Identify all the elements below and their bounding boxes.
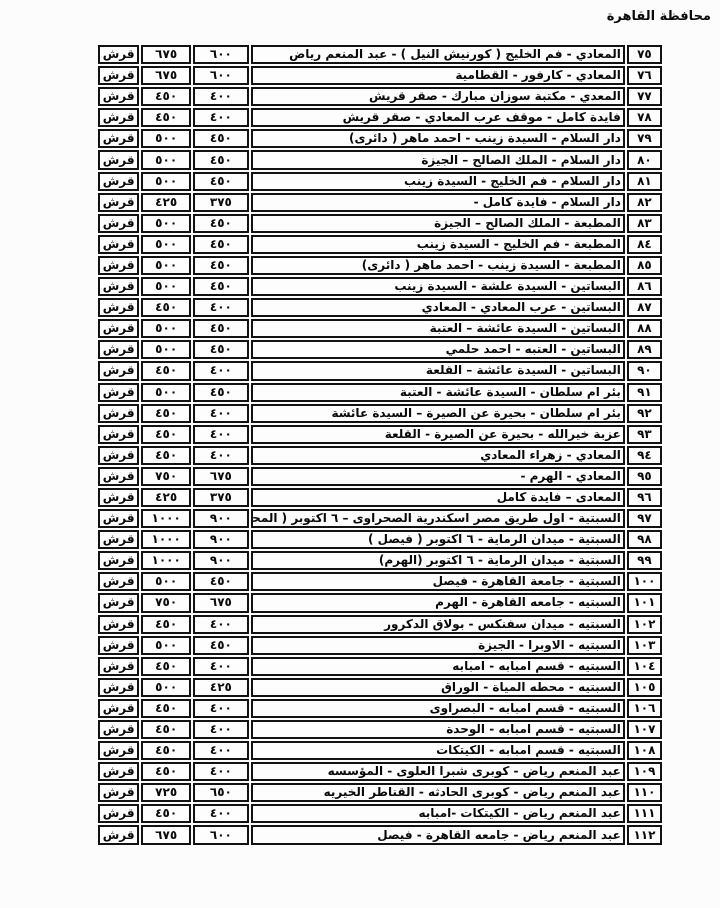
- row-number-cell: ٨٨: [627, 319, 662, 338]
- fare-unit-cell: قرش: [98, 783, 139, 802]
- row-number-cell: ٩٤: [627, 446, 662, 465]
- fare-max-cell: ٧٥٠: [141, 467, 191, 486]
- fare-max-cell: ٤٥٠: [141, 404, 191, 423]
- fare-max-cell: ١٠٠٠: [141, 551, 191, 570]
- fare-min-cell: ٤٠٠: [193, 108, 249, 127]
- fare-unit-cell: قرش: [98, 383, 139, 402]
- table-row: ١٠٩عبد المنعم رياض - كوبرى شبرا العلوى -…: [98, 762, 662, 781]
- fare-unit-cell: قرش: [98, 741, 139, 760]
- fare-unit-cell: قرش: [98, 804, 139, 823]
- table-row: ٩١بئر ام سلطان - السيدة عائشة - العتبة٤٥…: [98, 383, 662, 402]
- table-row: ١٠٧السبتيه - قسم امبابه - الوحدة٤٠٠٤٥٠قر…: [98, 720, 662, 739]
- route-cell: بئر ام سلطان - بحيرة عن الصيرة – السيدة …: [251, 404, 625, 423]
- row-number-cell: ١١١: [627, 804, 662, 823]
- fare-unit-cell: قرش: [98, 150, 139, 169]
- row-number-cell: ٧٩: [627, 129, 662, 148]
- fare-unit-cell: قرش: [98, 488, 139, 507]
- fare-max-cell: ٤٥٠: [141, 615, 191, 634]
- route-cell: السبتيه - جامعه القاهرة - الهرم: [251, 593, 625, 612]
- fare-min-cell: ٤٥٠: [193, 319, 249, 338]
- route-cell: المعادي - زهراء المعادي: [251, 446, 625, 465]
- fare-max-cell: ٥٠٠: [141, 172, 191, 191]
- fare-unit-cell: قرش: [98, 404, 139, 423]
- fare-min-cell: ٩٠٠: [193, 509, 249, 528]
- row-number-cell: ٩٣: [627, 425, 662, 444]
- table-row: ٨٩البساتين - العتبه - احمد حلمي٤٥٠٥٠٠قرش: [98, 340, 662, 359]
- fare-min-cell: ٤٠٠: [193, 699, 249, 718]
- route-cell: عبد المنعم رياض - كوبرى الحادثه - القناط…: [251, 783, 625, 802]
- route-cell: السبتية - اول طريق مصر اسكندرية الصحراوى…: [251, 509, 625, 528]
- fare-unit-cell: قرش: [98, 425, 139, 444]
- fare-min-cell: ٤٢٥: [193, 678, 249, 697]
- fare-unit-cell: قرش: [98, 214, 139, 233]
- route-cell: عبد المنعم رياض - كوبرى شبرا العلوى - ال…: [251, 762, 625, 781]
- route-cell: السبتية - ميدان الرماية - ٦ اكتوبر (الهر…: [251, 551, 625, 570]
- row-number-cell: ٨١: [627, 172, 662, 191]
- row-number-cell: ٧٧: [627, 87, 662, 106]
- route-cell: عبد المنعم رياض - الكيتكات -امبابه: [251, 804, 625, 823]
- row-number-cell: ١٠٢: [627, 615, 662, 634]
- fare-min-cell: ٤٠٠: [193, 361, 249, 380]
- fare-unit-cell: قرش: [98, 277, 139, 296]
- fare-min-cell: ٤٠٠: [193, 657, 249, 676]
- fare-max-cell: ٤٥٠: [141, 361, 191, 380]
- route-cell: السبتيه - قسم امبابه - البصراوى: [251, 699, 625, 718]
- fare-min-cell: ٤٥٠: [193, 235, 249, 254]
- table-row: ٨٥المطبعة - السيدة زينب - احمد ماهر ( دا…: [98, 256, 662, 275]
- table-row: ١٠١السبتيه - جامعه القاهرة - الهرم٦٧٥٧٥٠…: [98, 593, 662, 612]
- route-cell: دار السلام - فايدة كامل -: [251, 193, 625, 212]
- route-cell: فايدة كامل - موقف عرب المعادي - صقر قريش: [251, 108, 625, 127]
- fare-unit-cell: قرش: [98, 615, 139, 634]
- fare-unit-cell: قرش: [98, 87, 139, 106]
- row-number-cell: ٧٥: [627, 45, 662, 64]
- fare-min-cell: ٤٥٠: [193, 383, 249, 402]
- route-cell: البساتين - عرب المعادي - المعادي: [251, 298, 625, 317]
- table-row: ٩٣عزبة خيرالله - بحيرة عن الصيرة - القلع…: [98, 425, 662, 444]
- fare-max-cell: ٤٥٠: [141, 298, 191, 317]
- route-cell: السبتيه - محطه المياة - الوراق: [251, 678, 625, 697]
- fare-table-body: ٧٥المعادي - فم الخليج ( كورنيش النيل ) -…: [98, 45, 662, 845]
- table-row: ٨٣المطبعة - الملك الصالح – الجيزة٤٥٠٥٠٠ق…: [98, 214, 662, 233]
- fare-unit-cell: قرش: [98, 467, 139, 486]
- table-row: ٨١دار السلام - فم الخليج - السيدة زينب٤٥…: [98, 172, 662, 191]
- route-cell: المعدي - مكتبة سوزان مبارك - صقر قريش: [251, 87, 625, 106]
- table-row: ١١٢عبد المنعم رياض - جامعه القاهرة - فيص…: [98, 825, 662, 844]
- fare-max-cell: ٤٥٠: [141, 87, 191, 106]
- fare-max-cell: ٦٧٥: [141, 825, 191, 844]
- fare-min-cell: ٣٧٥: [193, 488, 249, 507]
- table-row: ٩٦المعادى – فايدة كامل٣٧٥٤٢٥قرش: [98, 488, 662, 507]
- fare-min-cell: ٤٥٠: [193, 277, 249, 296]
- route-cell: المطبعة - فم الخليج - السيدة زينب: [251, 235, 625, 254]
- fare-min-cell: ٤٥٠: [193, 214, 249, 233]
- fare-unit-cell: قرش: [98, 193, 139, 212]
- fare-min-cell: ٤٠٠: [193, 404, 249, 423]
- row-number-cell: ٨٢: [627, 193, 662, 212]
- fare-min-cell: ٤٥٠: [193, 340, 249, 359]
- fare-unit-cell: قرش: [98, 361, 139, 380]
- table-row: ١٠٣السبتيه - الاوبرا - الجيزة٤٥٠٥٠٠قرش: [98, 636, 662, 655]
- table-row: ٧٥المعادي - فم الخليج ( كورنيش النيل ) -…: [98, 45, 662, 64]
- row-number-cell: ١٠٨: [627, 741, 662, 760]
- route-cell: السبتيه - قسم امبابه - الكيتكات: [251, 741, 625, 760]
- fare-max-cell: ٤٥٠: [141, 804, 191, 823]
- route-cell: دار السلام - الملك الصالح – الجيزة: [251, 150, 625, 169]
- fare-unit-cell: قرش: [98, 45, 139, 64]
- fare-unit-cell: قرش: [98, 572, 139, 591]
- table-row: ٧٩دار السلام - السيدة زينب - احمد ماهر (…: [98, 129, 662, 148]
- fare-unit-cell: قرش: [98, 657, 139, 676]
- document-page: محافظة القاهرة ٧٥المعادي - فم الخليج ( ك…: [0, 0, 720, 908]
- fare-min-cell: ٤٥٠: [193, 636, 249, 655]
- row-number-cell: ٨٩: [627, 340, 662, 359]
- table-row: ٩٤المعادي - زهراء المعادي٤٠٠٤٥٠قرش: [98, 446, 662, 465]
- row-number-cell: ١١٢: [627, 825, 662, 844]
- fare-min-cell: ٤٥٠: [193, 572, 249, 591]
- table-row: ٧٨فايدة كامل - موقف عرب المعادي - صقر قر…: [98, 108, 662, 127]
- fare-table-container: ٧٥المعادي - فم الخليج ( كورنيش النيل ) -…: [96, 43, 664, 847]
- fare-max-cell: ٤٥٠: [141, 108, 191, 127]
- fare-max-cell: ٤٥٠: [141, 425, 191, 444]
- fare-max-cell: ١٠٠٠: [141, 530, 191, 549]
- fare-min-cell: ٦٧٥: [193, 593, 249, 612]
- fare-min-cell: ٩٠٠: [193, 530, 249, 549]
- route-cell: بئر ام سلطان - السيدة عائشة - العتبة: [251, 383, 625, 402]
- table-row: ٨٦البساتين - السيدة علشة - السيدة زينب٤٥…: [98, 277, 662, 296]
- route-cell: السبتيه - قسم امبابه - الوحدة: [251, 720, 625, 739]
- fare-unit-cell: قرش: [98, 446, 139, 465]
- row-number-cell: ١٠٥: [627, 678, 662, 697]
- row-number-cell: ٩٢: [627, 404, 662, 423]
- fare-min-cell: ٤٥٠: [193, 256, 249, 275]
- fare-max-cell: ٤٥٠: [141, 741, 191, 760]
- fare-min-cell: ٤٥٠: [193, 129, 249, 148]
- row-number-cell: ١٠٤: [627, 657, 662, 676]
- fare-max-cell: ٥٠٠: [141, 150, 191, 169]
- fare-max-cell: ٥٠٠: [141, 129, 191, 148]
- table-row: ٩٨السبتية - ميدان الرماية - ٦ اكتوبر ( ف…: [98, 530, 662, 549]
- fare-min-cell: ٦٠٠: [193, 66, 249, 85]
- fare-unit-cell: قرش: [98, 298, 139, 317]
- fare-unit-cell: قرش: [98, 636, 139, 655]
- route-cell: المطبعة - السيدة زينب - احمد ماهر ( دائر…: [251, 256, 625, 275]
- table-row: ٩٧السبتية - اول طريق مصر اسكندرية الصحرا…: [98, 509, 662, 528]
- route-cell: السبتية - جامعة القاهرة - فيصل: [251, 572, 625, 591]
- route-cell: عبد المنعم رياض - جامعه القاهرة - فيصل: [251, 825, 625, 844]
- row-number-cell: ٨٦: [627, 277, 662, 296]
- row-number-cell: ٨٤: [627, 235, 662, 254]
- fare-min-cell: ٤٠٠: [193, 804, 249, 823]
- fare-max-cell: ٤٥٠: [141, 699, 191, 718]
- table-row: ٩٢بئر ام سلطان - بحيرة عن الصيرة – السيد…: [98, 404, 662, 423]
- fare-min-cell: ٤٠٠: [193, 446, 249, 465]
- route-cell: السبتيه - ميدان سفنكس - بولاق الدكرور: [251, 615, 625, 634]
- row-number-cell: ٩١: [627, 383, 662, 402]
- fare-min-cell: ٤٠٠: [193, 298, 249, 317]
- table-row: ٩٥المعادي - الهرم -٦٧٥٧٥٠قرش: [98, 467, 662, 486]
- fare-min-cell: ٦٠٠: [193, 825, 249, 844]
- fare-max-cell: ٦٧٥: [141, 45, 191, 64]
- row-number-cell: ١٠٩: [627, 762, 662, 781]
- fare-min-cell: ٤٥٠: [193, 172, 249, 191]
- table-row: ١٠٤السبتيه - قسم امبابه - امبابه٤٠٠٤٥٠قر…: [98, 657, 662, 676]
- fare-unit-cell: قرش: [98, 593, 139, 612]
- fare-unit-cell: قرش: [98, 66, 139, 85]
- table-row: ٩٠البساتين - السيدة عائشة – القلعة٤٠٠٤٥٠…: [98, 361, 662, 380]
- table-row: ١٠٠السبتية - جامعة القاهرة - فيصل٤٥٠٥٠٠ق…: [98, 572, 662, 591]
- fare-max-cell: ٤٥٠: [141, 657, 191, 676]
- fare-unit-cell: قرش: [98, 129, 139, 148]
- fare-unit-cell: قرش: [98, 720, 139, 739]
- route-cell: المعادي - الهرم -: [251, 467, 625, 486]
- fare-unit-cell: قرش: [98, 235, 139, 254]
- fare-max-cell: ٤٥٠: [141, 720, 191, 739]
- fare-max-cell: ٤٢٥: [141, 193, 191, 212]
- page-title: محافظة القاهرة: [607, 9, 711, 24]
- row-number-cell: ١٠٦: [627, 699, 662, 718]
- table-row: ٨٢دار السلام - فايدة كامل -٣٧٥٤٢٥قرش: [98, 193, 662, 212]
- fare-min-cell: ٦٠٠: [193, 45, 249, 64]
- route-cell: المطبعة - الملك الصالح – الجيزة: [251, 214, 625, 233]
- row-number-cell: ٨٣: [627, 214, 662, 233]
- route-cell: البساتين - السيدة علشة - السيدة زينب: [251, 277, 625, 296]
- fare-max-cell: ٦٧٥: [141, 66, 191, 85]
- route-cell: السبتيه - الاوبرا - الجيزة: [251, 636, 625, 655]
- fare-max-cell: ٥٠٠: [141, 340, 191, 359]
- fare-min-cell: ٤٥٠: [193, 150, 249, 169]
- route-cell: البساتين - العتبه - احمد حلمي: [251, 340, 625, 359]
- fare-max-cell: ٥٠٠: [141, 383, 191, 402]
- fare-min-cell: ٦٥٠: [193, 783, 249, 802]
- table-row: ١٠٥السبتيه - محطه المياة - الوراق٤٢٥٥٠٠ق…: [98, 678, 662, 697]
- fare-max-cell: ٥٠٠: [141, 319, 191, 338]
- table-row: ١١٠عبد المنعم رياض - كوبرى الحادثه - الق…: [98, 783, 662, 802]
- route-cell: دار السلام - فم الخليج - السيدة زينب: [251, 172, 625, 191]
- row-number-cell: ١٠٠: [627, 572, 662, 591]
- fare-min-cell: ٤٠٠: [193, 425, 249, 444]
- route-cell: السبتيه - قسم امبابه - امبابه: [251, 657, 625, 676]
- fare-max-cell: ٤٢٥: [141, 488, 191, 507]
- fare-max-cell: ٥٠٠: [141, 572, 191, 591]
- fare-max-cell: ٤٥٠: [141, 762, 191, 781]
- table-row: ١٠٢السبتيه - ميدان سفنكس - بولاق الدكرور…: [98, 615, 662, 634]
- table-row: ١١١عبد المنعم رياض - الكيتكات -امبابه٤٠٠…: [98, 804, 662, 823]
- row-number-cell: ٩٠: [627, 361, 662, 380]
- fare-max-cell: ٤٥٠: [141, 446, 191, 465]
- table-row: ٨٧البساتين - عرب المعادي - المعادي٤٠٠٤٥٠…: [98, 298, 662, 317]
- fare-unit-cell: قرش: [98, 762, 139, 781]
- fare-max-cell: ٧٢٥: [141, 783, 191, 802]
- fare-max-cell: ٥٠٠: [141, 678, 191, 697]
- row-number-cell: ٧٦: [627, 66, 662, 85]
- fare-unit-cell: قرش: [98, 256, 139, 275]
- route-cell: المعادي - فم الخليج ( كورنيش النيل ) - ع…: [251, 45, 625, 64]
- fare-min-cell: ٣٧٥: [193, 193, 249, 212]
- fare-min-cell: ٤٠٠: [193, 87, 249, 106]
- row-number-cell: ١١٠: [627, 783, 662, 802]
- fare-min-cell: ٦٧٥: [193, 467, 249, 486]
- route-cell: عزبة خيرالله - بحيرة عن الصيرة - القلعة: [251, 425, 625, 444]
- fare-unit-cell: قرش: [98, 172, 139, 191]
- fare-max-cell: ٥٠٠: [141, 277, 191, 296]
- row-number-cell: ٨٧: [627, 298, 662, 317]
- fare-max-cell: ٧٥٠: [141, 593, 191, 612]
- row-number-cell: ١٠٣: [627, 636, 662, 655]
- table-row: ٩٩السبتية - ميدان الرماية - ٦ اكتوبر (ال…: [98, 551, 662, 570]
- row-number-cell: ٩٨: [627, 530, 662, 549]
- row-number-cell: ٨٥: [627, 256, 662, 275]
- route-cell: دار السلام - السيدة زينب - احمد ماهر ( د…: [251, 129, 625, 148]
- fare-unit-cell: قرش: [98, 825, 139, 844]
- fare-unit-cell: قرش: [98, 530, 139, 549]
- route-cell: البساتين - السيدة عائشة – القلعة: [251, 361, 625, 380]
- row-number-cell: ٩٩: [627, 551, 662, 570]
- row-number-cell: ٨٠: [627, 150, 662, 169]
- fare-min-cell: ٩٠٠: [193, 551, 249, 570]
- table-row: ٧٧المعدي - مكتبة سوزان مبارك - صقر قريش٤…: [98, 87, 662, 106]
- route-cell: السبتية - ميدان الرماية - ٦ اكتوبر ( فيص…: [251, 530, 625, 549]
- fare-max-cell: ٥٠٠: [141, 256, 191, 275]
- table-row: ٨٨البساتين - السيدة عائشة – العتبة٤٥٠٥٠٠…: [98, 319, 662, 338]
- route-cell: المعادى – فايدة كامل: [251, 488, 625, 507]
- fare-max-cell: ٥٠٠: [141, 636, 191, 655]
- fare-max-cell: ١٠٠٠: [141, 509, 191, 528]
- fare-min-cell: ٤٠٠: [193, 720, 249, 739]
- fare-max-cell: ٥٠٠: [141, 214, 191, 233]
- route-cell: المعادي - كارفور - القطامية: [251, 66, 625, 85]
- fare-unit-cell: قرش: [98, 551, 139, 570]
- table-row: ١٠٨السبتيه - قسم امبابه - الكيتكات٤٠٠٤٥٠…: [98, 741, 662, 760]
- table-row: ٧٦المعادي - كارفور - القطامية٦٠٠٦٧٥قرش: [98, 66, 662, 85]
- table-row: ١٠٦السبتيه - قسم امبابه - البصراوى٤٠٠٤٥٠…: [98, 699, 662, 718]
- fare-min-cell: ٤٠٠: [193, 741, 249, 760]
- fare-unit-cell: قرش: [98, 699, 139, 718]
- row-number-cell: ١٠٧: [627, 720, 662, 739]
- fare-table: ٧٥المعادي - فم الخليج ( كورنيش النيل ) -…: [96, 43, 664, 847]
- fare-min-cell: ٤٠٠: [193, 762, 249, 781]
- fare-unit-cell: قرش: [98, 678, 139, 697]
- row-number-cell: ٧٨: [627, 108, 662, 127]
- route-cell: البساتين - السيدة عائشة – العتبة: [251, 319, 625, 338]
- row-number-cell: ٩٧: [627, 509, 662, 528]
- row-number-cell: ٩٥: [627, 467, 662, 486]
- table-row: ٨٠دار السلام - الملك الصالح – الجيزة٤٥٠٥…: [98, 150, 662, 169]
- fare-unit-cell: قرش: [98, 340, 139, 359]
- fare-min-cell: ٤٠٠: [193, 615, 249, 634]
- fare-max-cell: ٥٠٠: [141, 235, 191, 254]
- fare-unit-cell: قرش: [98, 108, 139, 127]
- row-number-cell: ١٠١: [627, 593, 662, 612]
- table-row: ٨٤المطبعة - فم الخليج - السيدة زينب٤٥٠٥٠…: [98, 235, 662, 254]
- fare-unit-cell: قرش: [98, 319, 139, 338]
- row-number-cell: ٩٦: [627, 488, 662, 507]
- fare-unit-cell: قرش: [98, 509, 139, 528]
